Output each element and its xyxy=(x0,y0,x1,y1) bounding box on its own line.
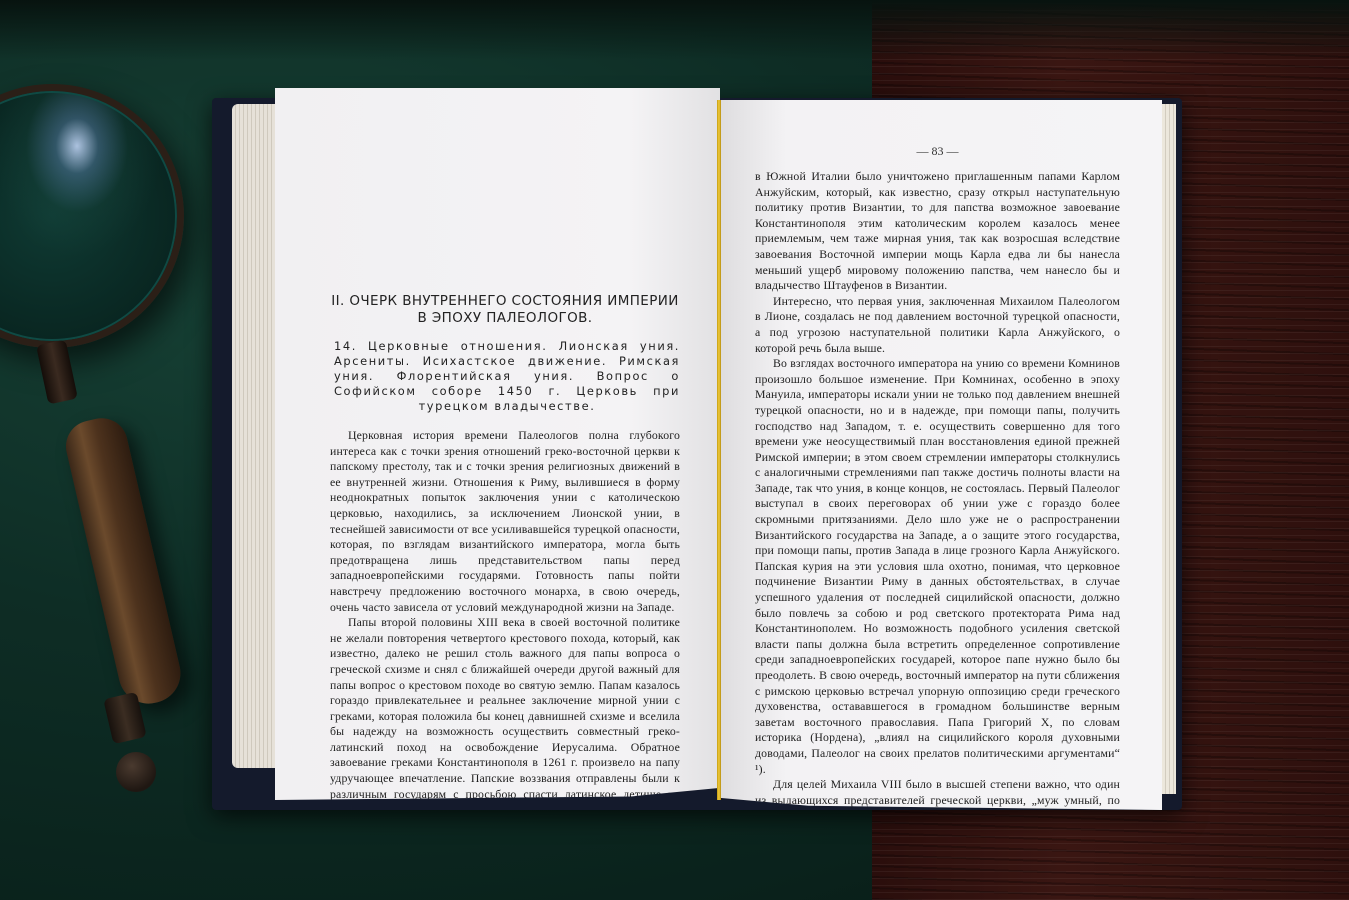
chapter-title: II. ОЧЕРК ВНУТРЕННЕГО СОСТОЯНИЯ ИМПЕРИИ … xyxy=(330,293,680,327)
chapter-title-line-1: II. ОЧЕРК ВНУТРЕННЕГО СОСТОЯНИЯ ИМПЕРИИ xyxy=(330,293,680,310)
bookmark-ribbon xyxy=(717,100,721,800)
paragraph: в Южной Италии было уничтожено приглашен… xyxy=(755,169,1120,294)
paragraph: Церковная история времени Палеологов пол… xyxy=(330,428,680,615)
left-page-text-block: II. ОЧЕРК ВНУТРЕННЕГО СОСТОЯНИЯ ИМПЕРИИ … xyxy=(330,293,680,880)
magnifying-glass-knob xyxy=(116,752,156,792)
section-heading: 14. Церковные отношения. Лионская уния. … xyxy=(334,339,680,414)
left-page: II. ОЧЕРК ВНУТРЕННЕГО СОСТОЯНИЯ ИМПЕРИИ … xyxy=(275,88,720,800)
paragraph: Во взглядах восточного императора на уни… xyxy=(755,356,1120,777)
page-edges-left xyxy=(232,104,278,768)
right-page-text-block: — 83 — в Южной Италии было уничтожено пр… xyxy=(755,144,1120,864)
page-edges-right xyxy=(1162,104,1176,794)
chapter-title-line-2: В ЭПОХУ ПАЛЕОЛОГОВ. xyxy=(330,310,680,327)
paragraph: Интересно, что первая уния, заключенная … xyxy=(755,294,1120,356)
desk-shadow xyxy=(0,0,1349,60)
page-number: — 83 — xyxy=(755,144,1120,159)
right-page: — 83 — в Южной Италии было уничтожено пр… xyxy=(720,100,1162,810)
